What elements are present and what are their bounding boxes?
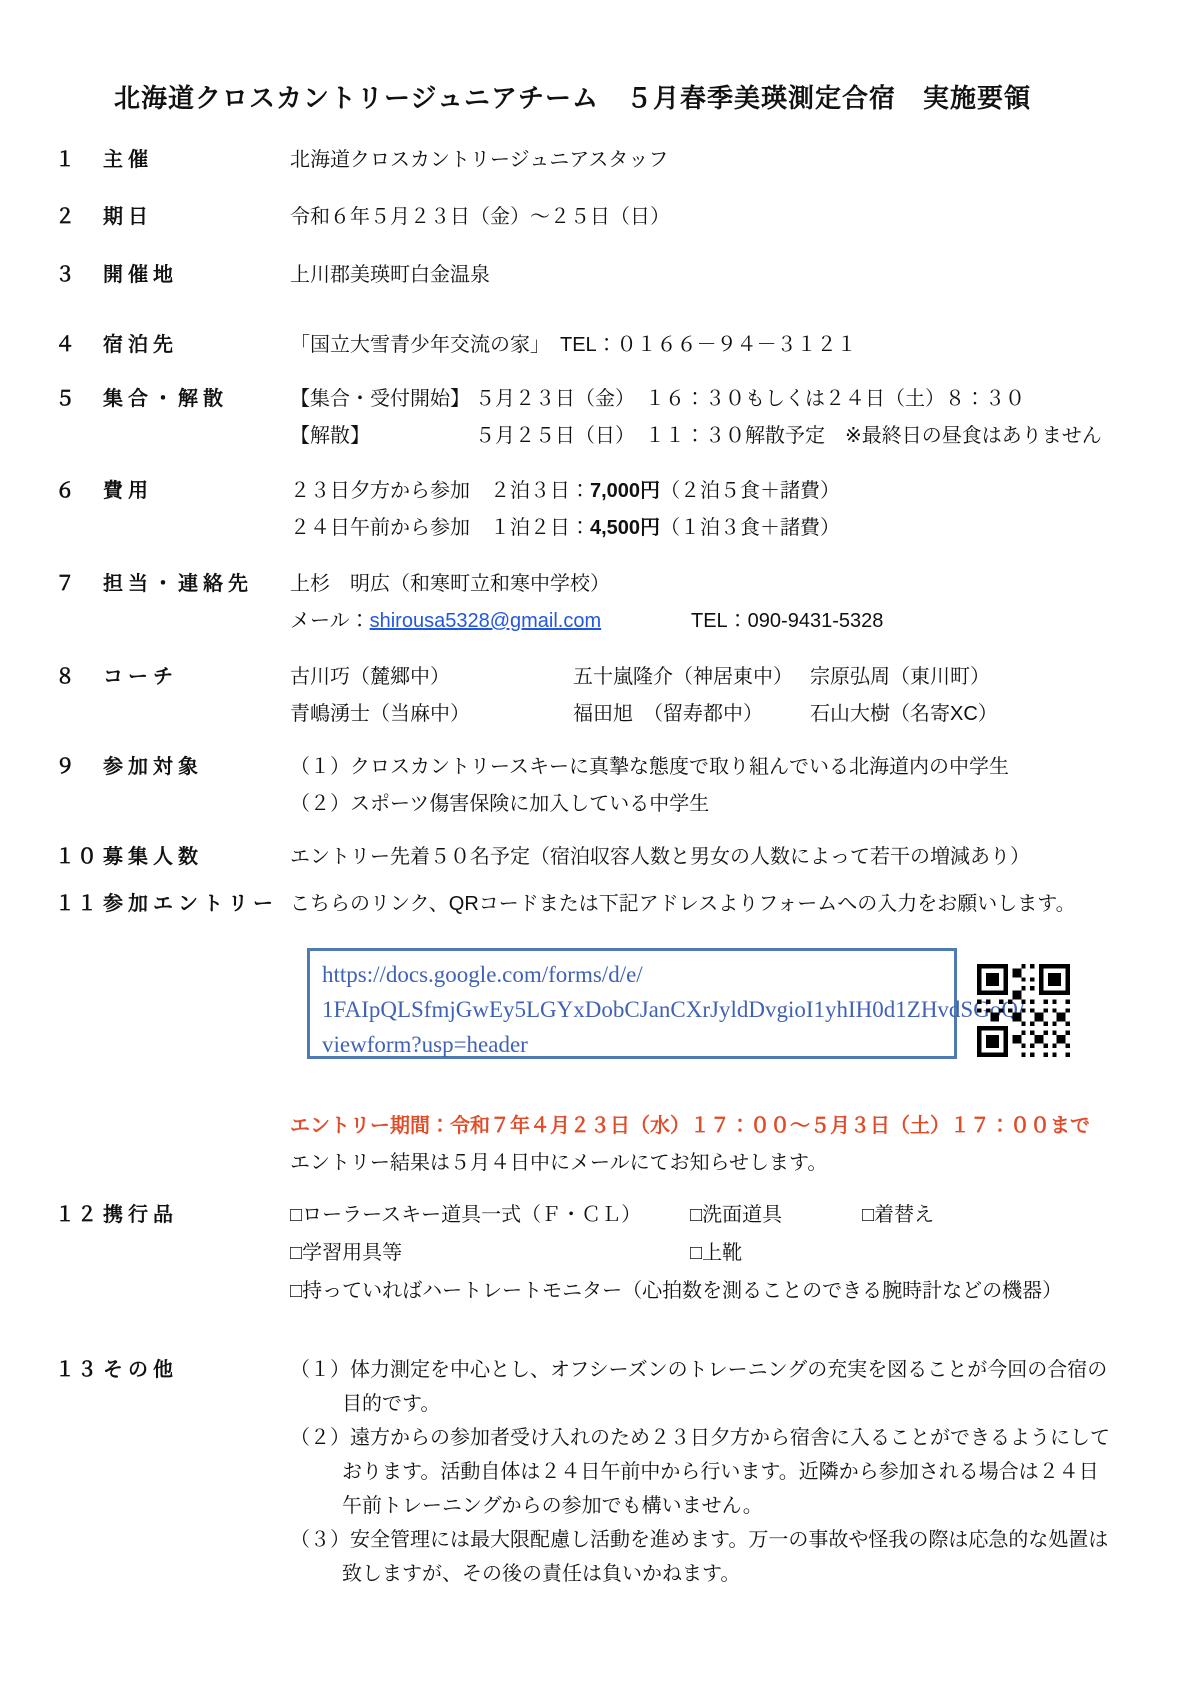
form-url-line[interactable]: viewform?usp=header — [322, 1027, 954, 1062]
other-note-line: （２）遠方からの参加者受け入れのため２３日夕方から宿舎に入ることができるようにし… — [290, 1421, 1150, 1455]
other-note-line: （３）安全管理には最大限配慮し活動を進めます。万一の事故や怪我の際は応急的な処置… — [290, 1523, 1150, 1557]
kit-item: □着替え — [862, 1196, 1150, 1234]
coach-name: 福田旭 （留寿都中） — [573, 696, 810, 733]
fee-desc: ２４日午前から参加 １泊２日： — [290, 517, 590, 539]
organizer-text: 北海道クロスカントリージュニアスタッフ — [290, 142, 1150, 179]
section-label: 携行品 — [103, 1196, 178, 1234]
other-note-line: 目的です。 — [290, 1387, 1150, 1421]
kit-item: □上靴 — [690, 1234, 862, 1272]
form-url-line[interactable]: https://docs.google.com/forms/d/e/ — [322, 957, 954, 992]
other-note-line: 午前トレーニングからの参加でも構いません。 — [290, 1489, 1150, 1523]
section-hiyo: ６ 費用 ２３日夕方から参加 ２泊３日：7,000円（２泊５食＋諸費） ２４日午… — [0, 473, 1190, 547]
coach-name: 五十嵐隆介（神居東中） — [573, 659, 810, 696]
date-text: 令和６年５月２３日（金）～２５日（日） — [290, 199, 1150, 236]
section-sonota: １３ その他 （１）体力測定を中心とし、オフシーズンのトレーニングの充実を図るこ… — [0, 1353, 1190, 1591]
coach-name: 古川巧（麓郷中） — [290, 659, 573, 696]
contact-line: メール：shirousa5328@gmail.comTEL：090-9431-5… — [290, 603, 1150, 640]
section-label: コーチ — [103, 659, 178, 696]
venue-text: 上川郡美瑛町白金温泉 — [290, 257, 1150, 294]
other-note-line: おります。活動自体は２４日午前中から行います。近隣から参加される場合は２４日 — [290, 1455, 1150, 1489]
eligibility-item: （２）スポーツ傷害保険に加入している中学生 — [290, 786, 1150, 823]
section-label: 宿泊先 — [103, 327, 178, 364]
contact-tel: TEL：090-9431-5328 — [691, 610, 883, 632]
coach-name: 青嶋湧士（当麻中） — [290, 696, 573, 733]
eligibility-item: （１）クロスカントリースキーに真摯な態度で取り組んでいる北海道内の中学生 — [290, 749, 1150, 786]
section-label: 募集人数 — [103, 839, 203, 876]
section-label: 担当・連絡先 — [103, 566, 253, 603]
mail-label: メール： — [290, 610, 370, 632]
section-keikohin: １２ 携行品 □ローラースキー道具一式（Ｆ・ＣＬ） □洗面道具 □着替え □学習… — [0, 1196, 1190, 1310]
section-tanto-renrakusaki: ７ 担当・連絡先 上杉 明広（和寒町立和寒中学校） メール：shirousa53… — [0, 566, 1190, 640]
section-number: １０ — [55, 839, 99, 876]
mail-link[interactable]: shirousa5328@gmail.com — [370, 610, 602, 632]
section-kaisaichi: ３ 開催地 上川郡美瑛町白金温泉 — [0, 257, 1190, 294]
kit-item: □洗面道具 — [690, 1196, 862, 1234]
section-kijitsu: ２ 期日 令和６年５月２３日（金）～２５日（日） — [0, 199, 1190, 236]
section-sanka-taisho: ９ 参加対象 （１）クロスカントリースキーに真摯な態度で取り組んでいる北海道内の… — [0, 749, 1190, 823]
section-number: ３ — [55, 257, 77, 294]
section-label: 参加対象 — [103, 749, 203, 786]
section-label: 参加エントリー — [103, 886, 278, 923]
coach-row: 青嶋湧士（当麻中） 福田旭 （留寿都中） 石山大樹（名寄XC） — [290, 696, 1150, 733]
fee-note: （１泊３食＋諸費） — [660, 517, 840, 539]
section-sanka-entry: １１ 参加エントリー こちらのリンク、QRコードまたは下記アドレスよりフォームへ… — [0, 886, 1190, 923]
coach-name: 石山大樹（名寄XC） — [810, 696, 1150, 733]
kit-item: □持っていればハートレートモニター（心拍数を測ることのできる腕時計などの機器） — [290, 1272, 1150, 1310]
section-number: １２ — [55, 1196, 99, 1234]
form-url-line[interactable]: 1FAIpQLSfmjGwEy5LGYxDobCJanCXrJyldDvgioI… — [322, 992, 954, 1027]
section-shukuhaku: ４ 宿泊先 「国立大雪青少年交流の家」 TEL：０１６６－９４－３１２１ — [0, 327, 1190, 364]
section-number: １３ — [55, 1353, 99, 1387]
section-number: ９ — [55, 749, 77, 786]
fee-price: 7,000円 — [590, 480, 660, 502]
dismissal-detail: ５月２５日（日） １１：３０解散予定 ※最終日の昼食はありません — [475, 425, 1102, 447]
section-boshu-ninzu: １０ 募集人数 エントリー先着５０名予定（宿泊収容人数と男女の人数によって若干の… — [0, 839, 1190, 876]
entry-caption: こちらのリンク、QRコードまたは下記アドレスよりフォームへの入力をお願いします。 — [290, 886, 1150, 923]
coach-row: 古川巧（麓郷中） 五十嵐隆介（神居東中） 宗原弘周（東川町） — [290, 659, 1150, 696]
meeting-line: 【集合・受付開始】５月２３日（金） １６：３０もしくは２４日（土）８：３０ — [290, 381, 1150, 418]
coach-name: 宗原弘周（東川町） — [810, 659, 1150, 696]
section-label: 集合・解散 — [103, 381, 228, 418]
section-number: ２ — [55, 199, 77, 236]
fee-line-1: ２３日夕方から参加 ２泊３日：7,000円（２泊５食＋諸費） — [290, 473, 1150, 510]
dismissal-line: 【解散】５月２５日（日） １１：３０解散予定 ※最終日の昼食はありません — [290, 418, 1150, 455]
other-note-line: （１）体力測定を中心とし、オフシーズンのトレーニングの充実を図ることが今回の合宿… — [290, 1353, 1150, 1387]
lodging-text: 「国立大雪青少年交流の家」 TEL：０１６６－９４－３１２１ — [290, 327, 1150, 364]
kit-item: □学習用具等 — [290, 1234, 690, 1272]
fee-price: 4,500円 — [590, 517, 660, 539]
kit-row: □ローラースキー道具一式（Ｆ・ＣＬ） □洗面道具 □着替え — [290, 1196, 1150, 1234]
section-label: 開催地 — [103, 257, 178, 294]
section-shusai: １ 主催 北海道クロスカントリージュニアスタッフ — [0, 142, 1190, 179]
section-number: ７ — [55, 566, 77, 603]
qr-code-icon — [977, 964, 1070, 1057]
meeting-head: 【集合・受付開始】 — [290, 381, 475, 418]
meeting-detail: ５月２３日（金） １６：３０もしくは２４日（土）８：３０ — [475, 388, 1025, 410]
entry-period-text: エントリー期間：令和７年４月２３日（水）１７：００～５月３日（土）１７：００まで — [290, 1111, 1090, 1141]
other-note-line: 致しますが、その後の責任は負いかねます。 — [290, 1557, 1150, 1591]
section-number: １ — [55, 142, 77, 179]
dismissal-head: 【解散】 — [290, 418, 475, 455]
entry-result-notice: エントリー結果は５月４日中にメールにてお知らせします。 — [290, 1148, 827, 1178]
section-number: ５ — [55, 381, 77, 418]
section-label: 主催 — [103, 142, 153, 179]
contact-person: 上杉 明広（和寒町立和寒中学校） — [290, 566, 1150, 603]
section-coach: ８ コーチ 古川巧（麓郷中） 五十嵐隆介（神居東中） 宗原弘周（東川町） 青嶋湧… — [0, 659, 1190, 733]
page-title: 北海道クロスカントリージュニアチーム ５月春季美瑛測定合宿 実施要領 — [55, 78, 1090, 115]
fee-desc: ２３日夕方から参加 ２泊３日： — [290, 480, 590, 502]
section-number: ６ — [55, 473, 77, 510]
section-label: 期日 — [103, 199, 153, 236]
section-number: ８ — [55, 659, 77, 696]
kit-item: □ローラースキー道具一式（Ｆ・ＣＬ） — [290, 1196, 690, 1234]
section-number: ４ — [55, 327, 77, 364]
section-label: その他 — [103, 1353, 178, 1387]
section-shugo-kaisan: ５ 集合・解散 【集合・受付開始】５月２３日（金） １６：３０もしくは２４日（土… — [0, 381, 1190, 455]
section-label: 費用 — [103, 473, 153, 510]
section-number: １１ — [55, 886, 99, 923]
capacity-text: エントリー先着５０名予定（宿泊収容人数と男女の人数によって若干の増減あり） — [290, 839, 1150, 876]
form-url-box: https://docs.google.com/forms/d/e/ 1FAIp… — [307, 948, 957, 1059]
kit-row: □学習用具等 □上靴 — [290, 1234, 1150, 1272]
fee-line-2: ２４日午前から参加 １泊２日：4,500円（１泊３食＋諸費） — [290, 510, 1150, 547]
fee-note: （２泊５食＋諸費） — [660, 480, 840, 502]
